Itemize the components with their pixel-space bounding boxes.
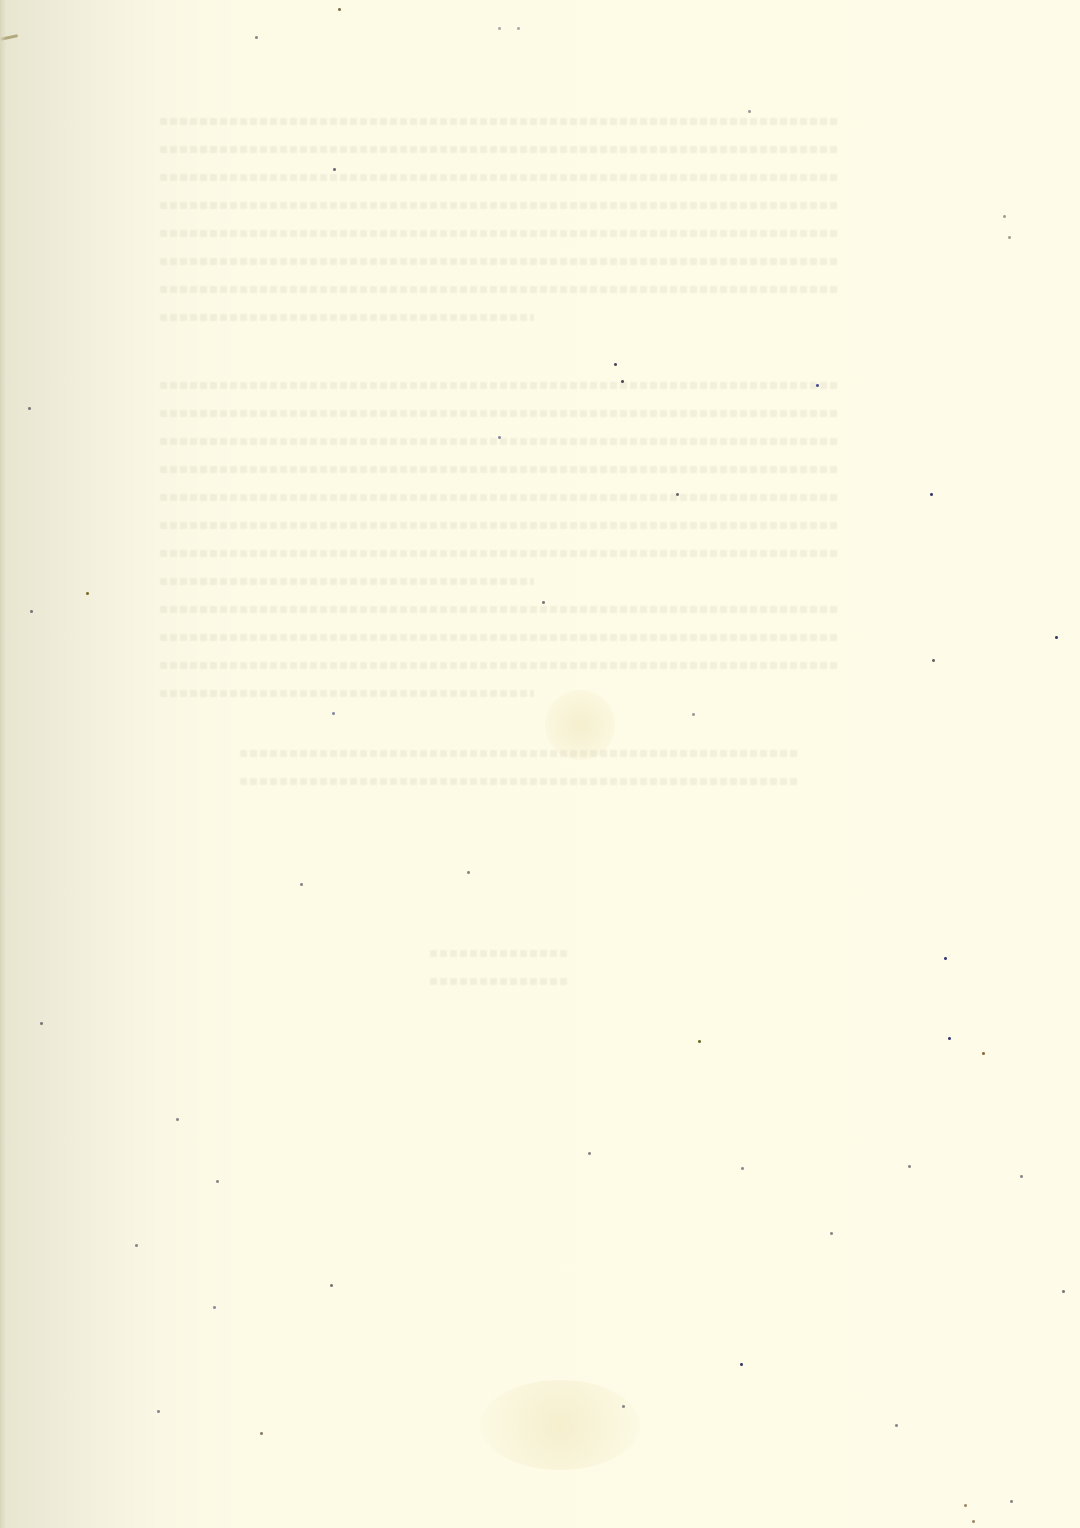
paper-speck bbox=[622, 1405, 625, 1408]
paper-speck bbox=[964, 1504, 967, 1507]
paper-speck bbox=[816, 384, 819, 387]
paper-speck bbox=[698, 1040, 701, 1043]
paper-speck bbox=[86, 592, 89, 595]
ghost-text-line bbox=[160, 410, 840, 417]
paper-speck bbox=[692, 713, 695, 716]
ghost-text-line bbox=[160, 146, 840, 153]
paper-speck bbox=[944, 957, 947, 960]
paper-speck bbox=[333, 168, 336, 171]
ghost-text-line bbox=[160, 174, 840, 181]
paper-speck bbox=[621, 380, 624, 383]
ghost-text-line bbox=[160, 258, 840, 265]
ghost-text-line bbox=[160, 230, 840, 237]
ghost-text-line bbox=[160, 286, 840, 293]
paper-stain bbox=[480, 1380, 640, 1470]
paper-speck bbox=[676, 493, 679, 496]
paper-speck bbox=[300, 883, 303, 886]
ghost-text-line bbox=[160, 438, 840, 445]
paper-speck bbox=[30, 610, 33, 613]
paper-speck bbox=[588, 1152, 591, 1155]
ghost-text-line bbox=[160, 578, 534, 585]
ghost-text-line bbox=[430, 950, 570, 957]
paper-speck bbox=[40, 1022, 43, 1025]
paper-speck bbox=[1062, 1290, 1065, 1293]
paper-speck bbox=[498, 27, 501, 30]
paper-speck bbox=[216, 1180, 219, 1183]
paper-speck bbox=[1020, 1175, 1023, 1178]
paper-speck bbox=[1010, 1500, 1013, 1503]
paper-speck bbox=[982, 1052, 985, 1055]
paper-speck bbox=[330, 1284, 333, 1287]
ghost-text-line bbox=[240, 750, 800, 757]
paper-speck bbox=[748, 110, 751, 113]
paper-speck bbox=[948, 1037, 951, 1040]
paper-speck bbox=[28, 407, 31, 410]
paper-speck bbox=[467, 871, 470, 874]
ghost-text-line bbox=[160, 118, 840, 125]
paper-speck bbox=[1003, 215, 1006, 218]
ghost-text-line bbox=[160, 494, 840, 501]
paper-speck bbox=[542, 601, 545, 604]
paper-speck bbox=[157, 1410, 160, 1413]
paper-speck bbox=[176, 1118, 179, 1121]
paper-speck bbox=[930, 493, 933, 496]
paper-speck bbox=[255, 36, 258, 39]
ghost-text-line bbox=[160, 382, 840, 389]
ghost-text-line bbox=[160, 606, 840, 613]
ghost-text-line bbox=[160, 662, 840, 669]
paper-speck bbox=[332, 712, 335, 715]
ghost-text-line bbox=[240, 778, 800, 785]
paper-speck bbox=[741, 1167, 744, 1170]
paper-speck bbox=[1055, 636, 1058, 639]
ghost-text-line bbox=[160, 690, 534, 697]
paper-speck bbox=[908, 1165, 911, 1168]
ghost-text-line bbox=[160, 550, 840, 557]
paper-speck bbox=[498, 436, 501, 439]
edge-mark bbox=[0, 34, 18, 41]
paper-speck bbox=[135, 1244, 138, 1247]
paper-speck bbox=[895, 1424, 898, 1427]
paper-speck bbox=[213, 1306, 216, 1309]
paper-speck bbox=[932, 659, 935, 662]
paper-speck bbox=[972, 1520, 975, 1523]
paper-speck bbox=[517, 27, 520, 30]
paper-speck bbox=[614, 363, 617, 366]
ghost-text-line bbox=[160, 522, 840, 529]
ghost-text-line bbox=[430, 978, 570, 985]
paper-speck bbox=[830, 1232, 833, 1235]
paper-speck bbox=[338, 8, 341, 11]
ghost-text-line bbox=[160, 634, 840, 641]
paper-speck bbox=[740, 1363, 743, 1366]
paper-speck bbox=[1008, 236, 1011, 239]
ghost-text-line bbox=[160, 202, 840, 209]
ghost-text-line bbox=[160, 314, 534, 321]
ghost-text-line bbox=[160, 466, 840, 473]
scanned-page bbox=[0, 0, 1080, 1528]
paper-speck bbox=[260, 1432, 263, 1435]
